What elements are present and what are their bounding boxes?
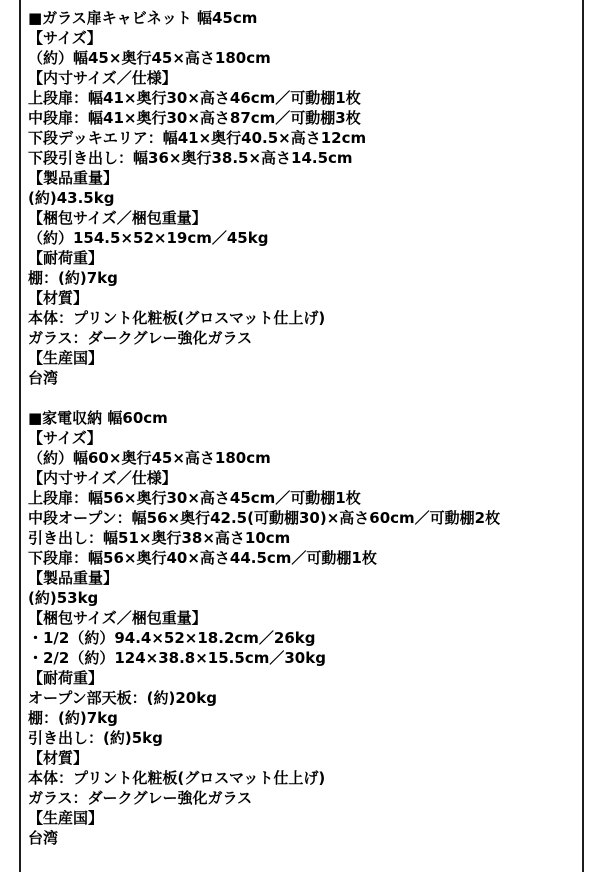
spec-line: 【内寸サイズ／仕様】 <box>28 68 576 88</box>
spec-line: 【生産国】 <box>28 348 576 368</box>
spec-line: ・2/2（約）124×38.8×15.5cm／30kg <box>28 648 576 668</box>
spec-line: 上段扉：幅41×奥行30×高さ46cm／可動棚1枚 <box>28 88 576 108</box>
spec-line: 台湾 <box>28 368 576 388</box>
spec-line: 【生産国】 <box>28 808 576 828</box>
spec-line: 下段デッキエリア：幅41×奥行40.5×高さ12cm <box>28 128 576 148</box>
product-spec-document: ■ガラス扉キャビネット 幅45cm 【サイズ】 （約）幅45×奥行45×高さ18… <box>0 0 600 872</box>
section-lines: 【サイズ】 （約）幅45×奥行45×高さ180cm 【内寸サイズ／仕様】 上段扉… <box>28 28 576 388</box>
section-title: ■ガラス扉キャビネット 幅45cm <box>28 8 576 28</box>
spec-line: 【材質】 <box>28 288 576 308</box>
spec-line: 引き出し：(約)5kg <box>28 728 576 748</box>
section-lines: 【サイズ】 （約）幅60×奥行45×高さ180cm 【内寸サイズ／仕様】 上段扉… <box>28 428 576 848</box>
spec-line: 引き出し：幅51×奥行38×高さ10cm <box>28 528 576 548</box>
spec-line: 【梱包サイズ／梱包重量】 <box>28 208 576 228</box>
spec-line: (約)53kg <box>28 588 576 608</box>
spec-line: (約)43.5kg <box>28 188 576 208</box>
spec-line: 【耐荷重】 <box>28 248 576 268</box>
spec-line: 棚：(約)7kg <box>28 268 576 288</box>
spec-line: 上段扉：幅56×奥行30×高さ45cm／可動棚1枚 <box>28 488 576 508</box>
spec-line: 中段オープン：幅56×奥行42.5(可動棚30)×高さ60cm／可動棚2枚 <box>28 508 576 528</box>
spec-line: ガラス：ダークグレー強化ガラス <box>28 328 576 348</box>
section-title: ■家電収納 幅60cm <box>28 408 576 428</box>
spec-line: 下段引き出し：幅36×奥行38.5×高さ14.5cm <box>28 148 576 168</box>
spec-line: ・1/2（約）94.4×52×18.2cm／26kg <box>28 628 576 648</box>
spec-line: 【耐荷重】 <box>28 668 576 688</box>
spec-line: 本体：プリント化粧板(グロスマット仕上げ) <box>28 768 576 788</box>
spec-content: ■ガラス扉キャビネット 幅45cm 【サイズ】 （約）幅45×奥行45×高さ18… <box>28 8 576 848</box>
spec-line: 【サイズ】 <box>28 428 576 448</box>
spec-line: 台湾 <box>28 828 576 848</box>
spec-line: 棚：(約)7kg <box>28 708 576 728</box>
spec-line: 【内寸サイズ／仕様】 <box>28 468 576 488</box>
spec-line: （約）幅45×奥行45×高さ180cm <box>28 48 576 68</box>
spec-line: （約）154.5×52×19cm／45kg <box>28 228 576 248</box>
spec-line: ガラス：ダークグレー強化ガラス <box>28 788 576 808</box>
product-section: ■ガラス扉キャビネット 幅45cm 【サイズ】 （約）幅45×奥行45×高さ18… <box>28 8 576 388</box>
spec-line: 【サイズ】 <box>28 28 576 48</box>
spec-line: 【製品重量】 <box>28 568 576 588</box>
spec-line: オープン部天板：(約)20kg <box>28 688 576 708</box>
spec-line: 下段扉：幅56×奥行40×高さ44.5cm／可動棚1枚 <box>28 548 576 568</box>
spec-line: （約）幅60×奥行45×高さ180cm <box>28 448 576 468</box>
spec-line: 【材質】 <box>28 748 576 768</box>
spec-line: 本体：プリント化粧板(グロスマット仕上げ) <box>28 308 576 328</box>
spec-line: 【梱包サイズ／梱包重量】 <box>28 608 576 628</box>
spec-line: 中段扉：幅41×奥行30×高さ87cm／可動棚3枚 <box>28 108 576 128</box>
spec-line: 【製品重量】 <box>28 168 576 188</box>
product-section: ■家電収納 幅60cm 【サイズ】 （約）幅60×奥行45×高さ180cm 【内… <box>28 408 576 848</box>
